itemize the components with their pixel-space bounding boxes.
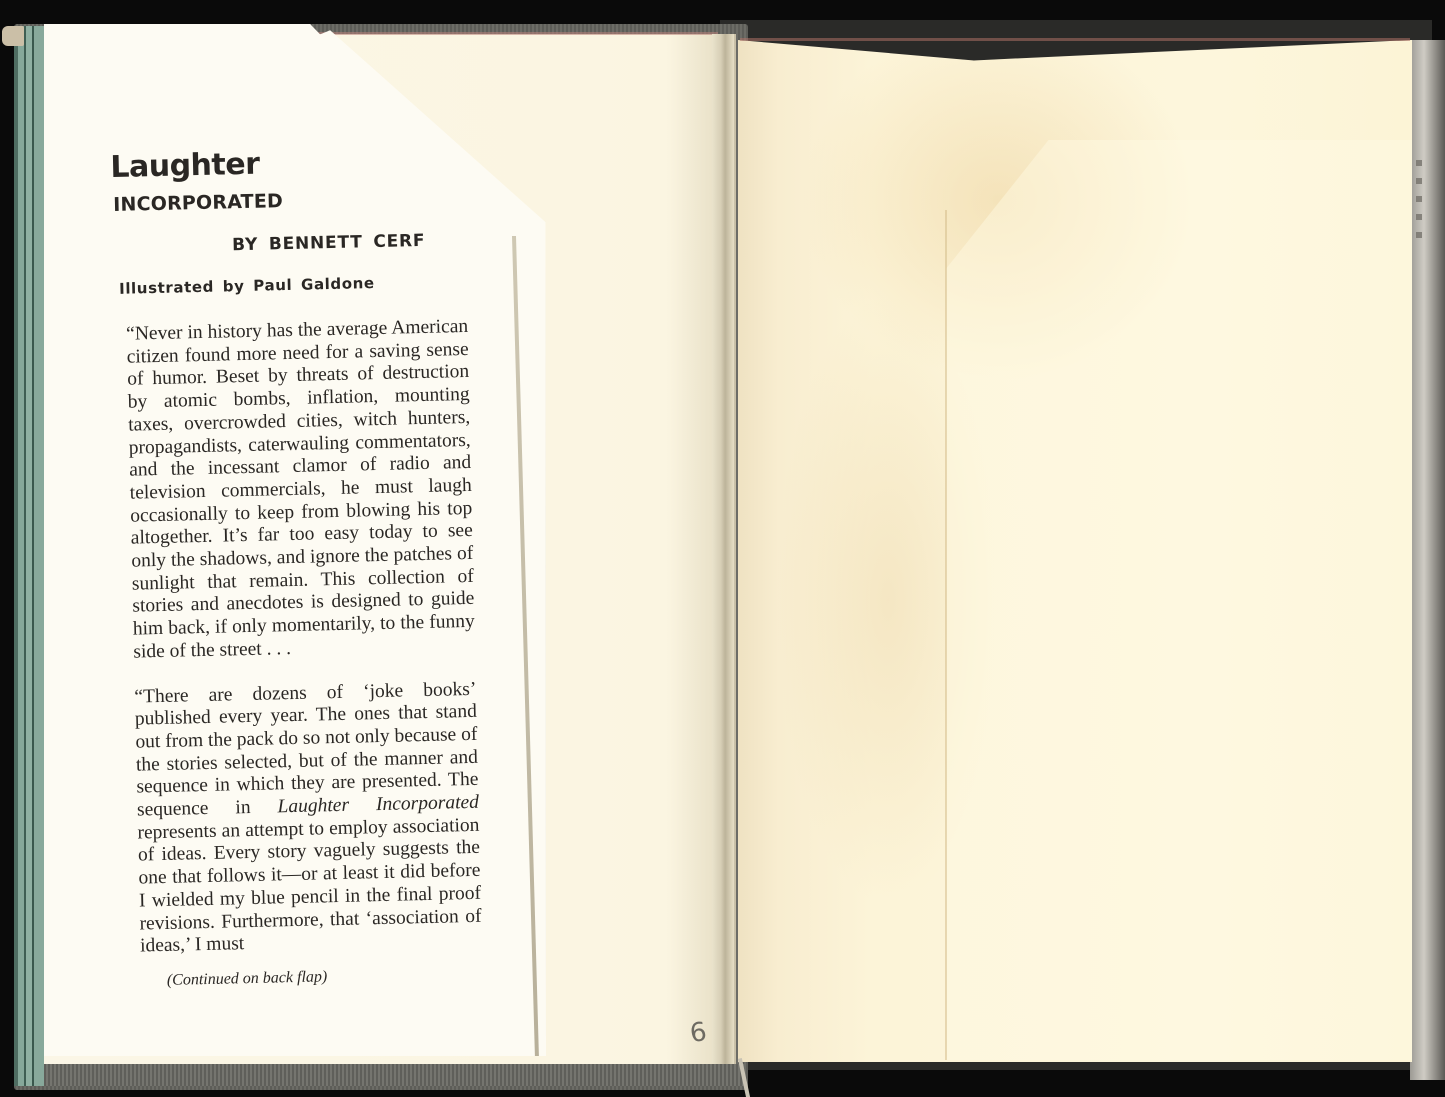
flap-text-block: Laughter INCORPORATED BY BENNETT CERF Il…	[110, 142, 501, 991]
green-spine-strip	[14, 26, 44, 1086]
blurb-paragraph-1: “Never in history has the average Americ…	[126, 316, 476, 664]
illustrator-line: Illustrated by Paul Galdone	[119, 272, 485, 298]
book-gutter	[712, 34, 734, 1074]
blurb-paragraph-2: “There are dozens of ‘joke books’ publis…	[134, 678, 482, 958]
open-book-photo: Laughter INCORPORATED BY BENNETT CERF Il…	[0, 0, 1445, 1097]
author-line: BY BENNETT CERF	[232, 230, 484, 256]
cloth-bottom-edge	[44, 1064, 744, 1086]
blurb: “Never in history has the average Americ…	[126, 316, 482, 959]
book-title: Laughter	[110, 142, 483, 186]
blurb-text: represents an attempt to employ associat…	[137, 815, 481, 957]
page-edge-marks	[1416, 160, 1422, 240]
book-subtitle: INCORPORATED	[113, 186, 483, 216]
top-stain-edge	[270, 32, 718, 35]
worn-spine-corner	[2, 26, 24, 46]
book-title-italic: Laughter Incorporated	[277, 792, 479, 818]
flap-imprint-edge	[945, 210, 947, 1060]
flap-shadow-imprint	[946, 140, 1412, 1060]
right-top-stain-edge	[740, 38, 1410, 41]
